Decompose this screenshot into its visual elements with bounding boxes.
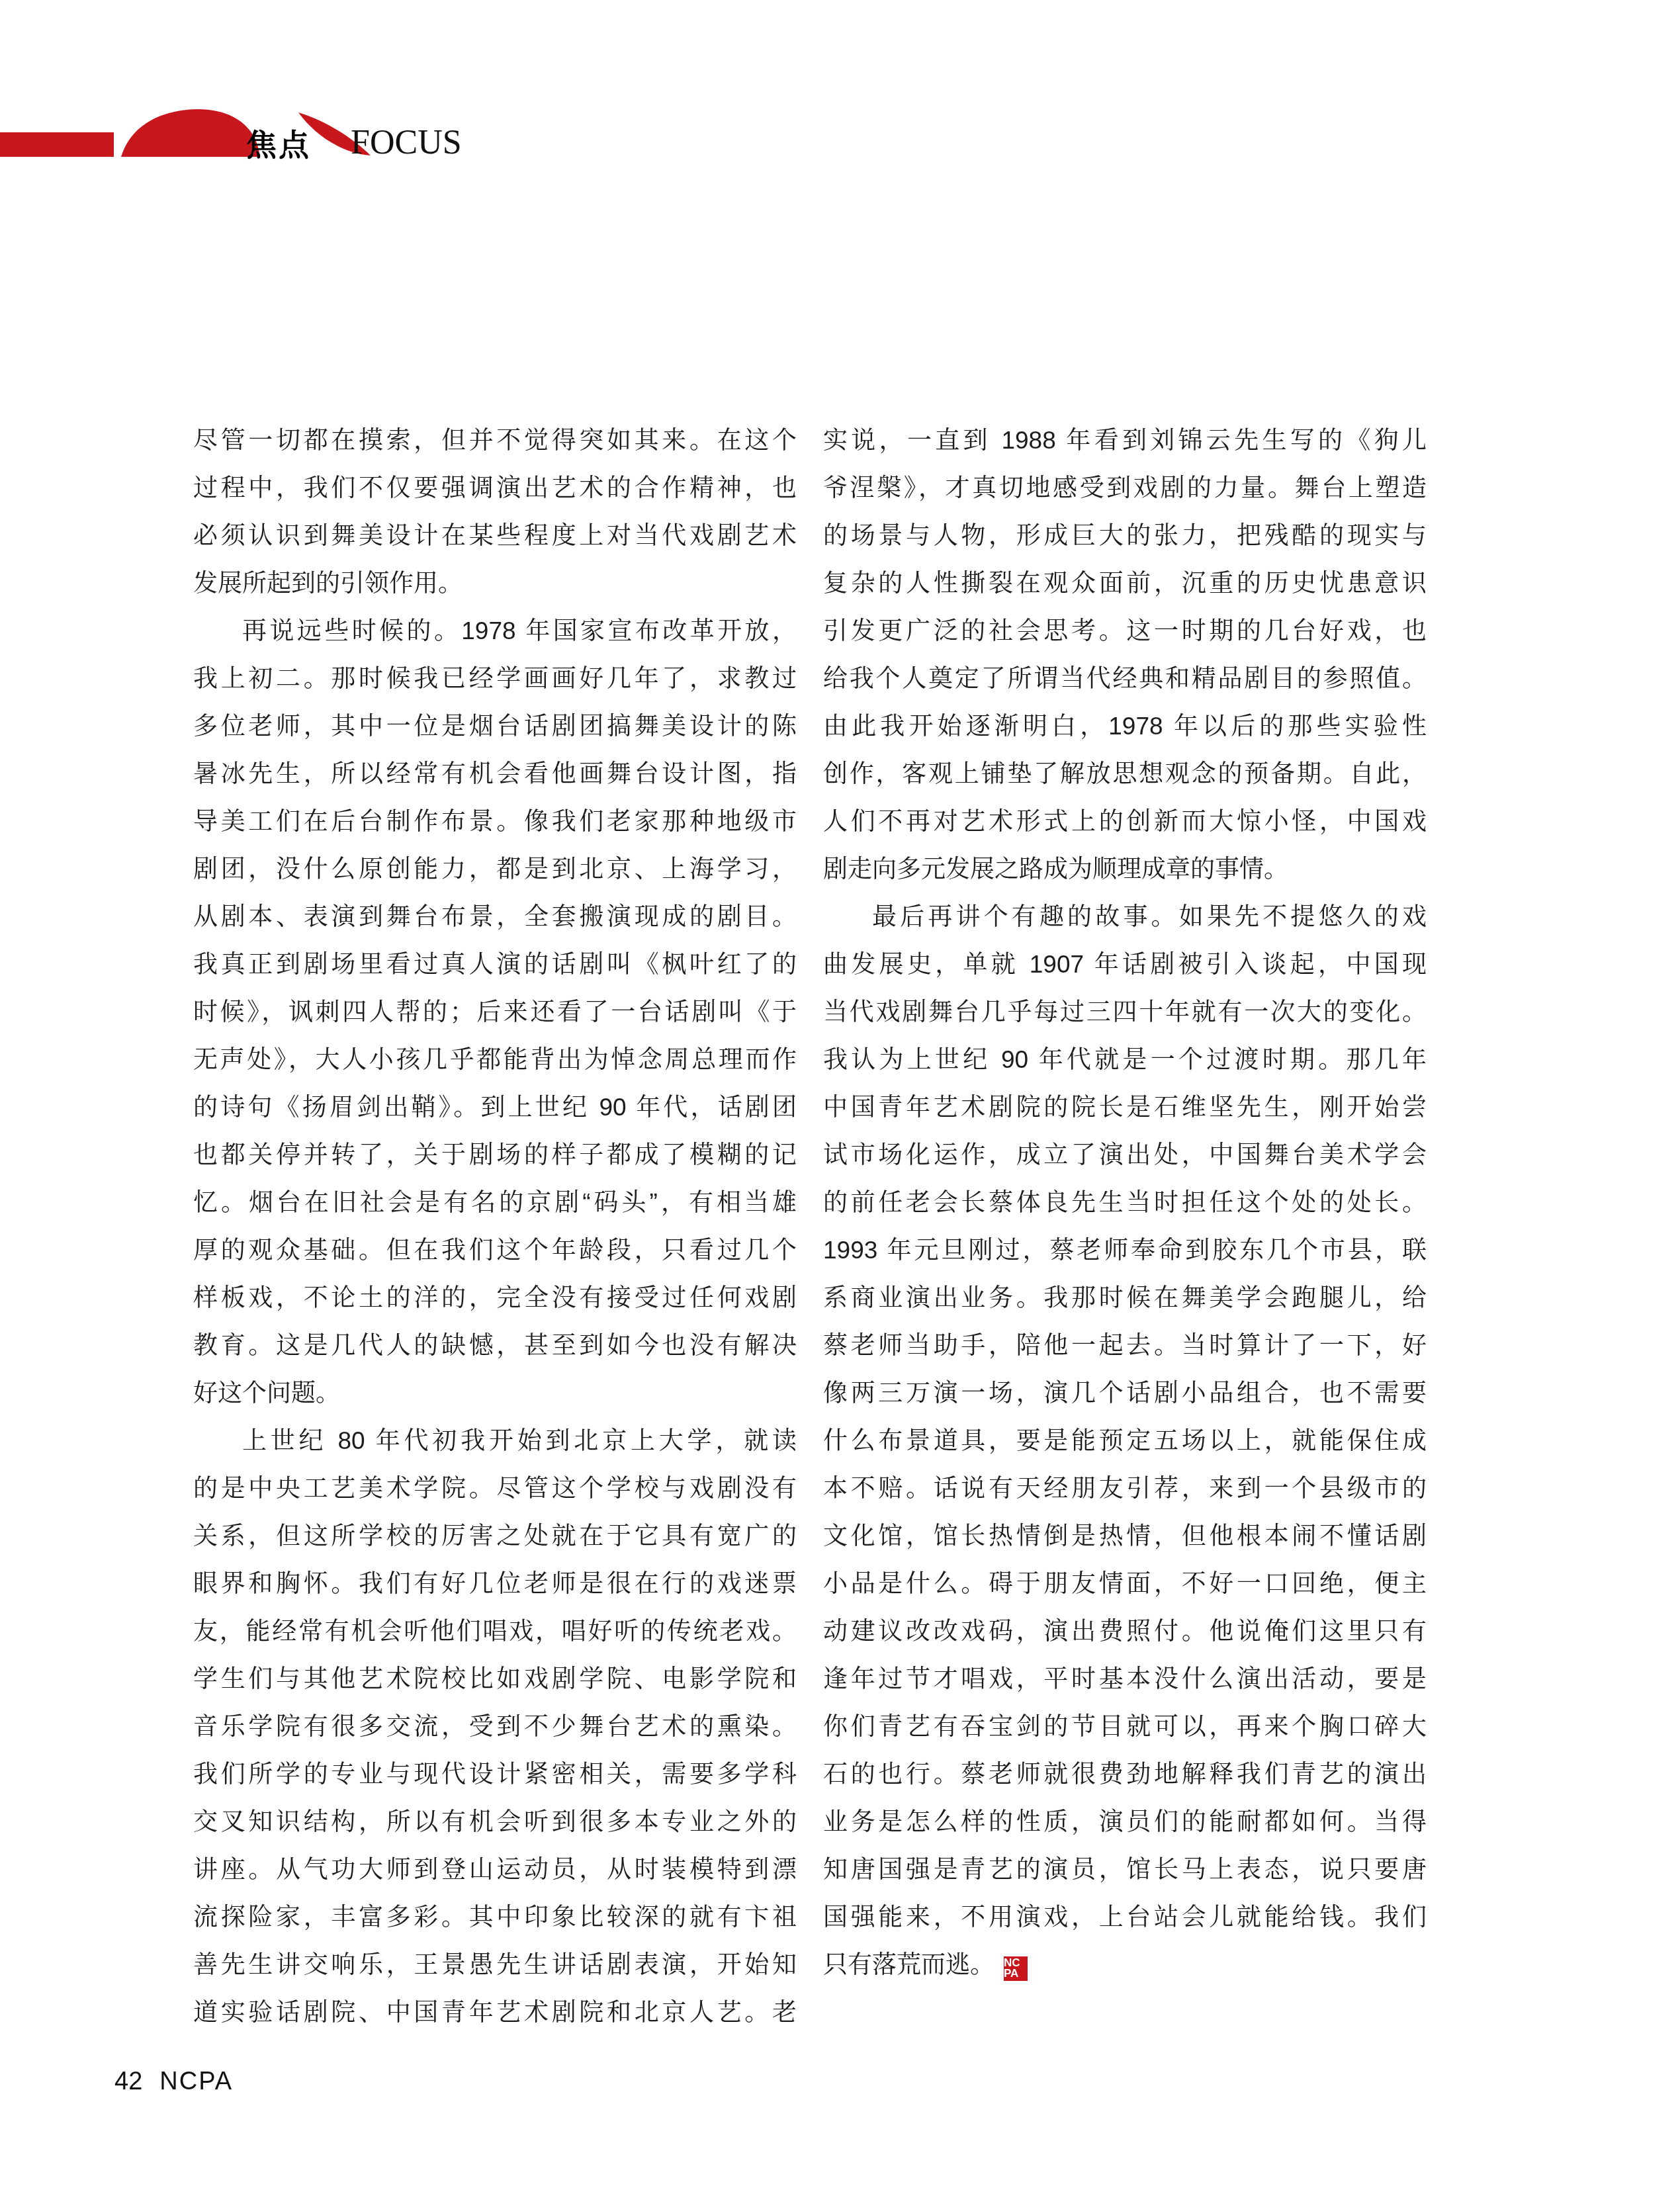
text-line: 由此我开始逐渐明白，1978 年以后的那些实验性 <box>823 703 1427 750</box>
text-line: 眼界和胸怀。我们有好几位老师是很在行的戏迷票 <box>193 1560 797 1608</box>
text-line: 无声处》，大人小孩几乎都能背出为悼念周总理而作 <box>193 1036 797 1084</box>
text-line-content: 爷涅槃》，才真切地感受到戏剧的力量。舞台上塑造 <box>823 474 1427 502</box>
text-line-content: 的前任老会长蔡体良先生当时担任这个处的处长。 <box>823 1189 1427 1216</box>
text-line: 的诗句《扬眉剑出鞘》。到上世纪 90 年代，话剧团 <box>193 1084 797 1131</box>
text-line-content: 的诗句《扬眉剑出鞘》。到上世纪 90 年代，话剧团 <box>193 1094 797 1121</box>
text-line-content: 厚的观众基础。但在我们这个年龄段，只看过几个 <box>193 1237 797 1264</box>
column-left: 尽管一切都在摸索，但并不觉得突如其来。在这个过程中，我们不仅要强调演出艺术的合作… <box>193 417 797 2036</box>
text-line-content: 导美工们在后台制作布景。像我们老家那种地级市 <box>193 808 797 835</box>
text-line-content: 什么布景道具，要是能预定五场以上，就能保住成 <box>823 1427 1427 1454</box>
text-line-content: 友，能经常有机会听他们唱戏，唱好听的传统老戏。 <box>193 1618 797 1645</box>
text-line-content: 1993 年元旦刚过，蔡老师奉命到胶东几个市县，联 <box>823 1237 1427 1264</box>
text-line-content: 蔡老师当助手，陪他一起去。当时算计了一下，好 <box>823 1332 1427 1359</box>
text-line-content: 系商业演出业务。我那时候在舞美学会跑腿儿，给 <box>823 1284 1427 1311</box>
page-number: 42 <box>114 2068 142 2095</box>
text-line-content: 我真正到剧场里看过真人演的话剧叫《枫叶红了的 <box>193 951 797 978</box>
text-line: 道实验话剧院、中国青年艺术剧院和北京人艺。老 <box>193 1989 797 2036</box>
text-line-content: 也都关停并转了，关于剧场的样子都成了模糊的记 <box>193 1141 797 1168</box>
text-line: 蔡老师当助手，陪他一起去。当时算计了一下，好 <box>823 1322 1427 1370</box>
text-line: 讲座。从气功大师到登山运动员，从时装模特到漂 <box>193 1846 797 1894</box>
text-line-content: 国强能来，不用演戏，上台站会儿就能给钱。我们 <box>823 1904 1427 1931</box>
text-line-content: 业务是怎么样的性质，演员们的能耐都如何。当得 <box>823 1808 1427 1835</box>
text-line-content: 创作，客观上铺垫了解放思想观念的预备期。自此， <box>823 760 1427 787</box>
text-line: 逢年过节才唱戏，平时基本没什么演出活动，要是 <box>823 1655 1427 1703</box>
text-line-content: 剧走向多元发展之路成为顺理成章的事情。 <box>823 855 1288 883</box>
header-red-crescent <box>121 109 260 157</box>
text-line-content: 发展所起到的引领作用。 <box>193 570 463 597</box>
text-line: 厚的观众基础。但在我们这个年龄段，只看过几个 <box>193 1227 797 1274</box>
text-line-content: 实说，一直到 1988 年看到刘锦云先生写的《狗儿 <box>823 427 1427 454</box>
text-line: 我认为上世纪 90 年代就是一个过渡时期。那几年 <box>823 1036 1427 1084</box>
ncpa-end-mark: NCPA <box>1004 1956 1028 1981</box>
text-line: 样板戏，不论土的洋的，完全没有接受过任何戏剧 <box>193 1274 797 1322</box>
text-line-content: 无声处》，大人小孩几乎都能背出为悼念周总理而作 <box>193 1046 797 1073</box>
text-line-content: 时候》，讽刺四人帮的；后来还看了一台话剧叫《于 <box>193 998 797 1026</box>
text-line: 从剧本、表演到舞台布景，全套搬演现成的剧目。 <box>193 893 797 941</box>
text-line: 剧走向多元发展之路成为顺理成章的事情。 <box>823 846 1427 893</box>
text-line: 善先生讲交响乐，王景愚先生讲话剧表演，开始知 <box>193 1941 797 1989</box>
text-line: 知唐国强是青艺的演员，馆长马上表态，说只要唐 <box>823 1846 1427 1894</box>
text-line: 国强能来，不用演戏，上台站会儿就能给钱。我们 <box>823 1894 1427 1941</box>
column-right: 实说，一直到 1988 年看到刘锦云先生写的《狗儿爷涅槃》，才真切地感受到戏剧的… <box>823 417 1427 1989</box>
text-line: 你们青艺有吞宝剑的节目就可以，再来个胸口碎大 <box>823 1703 1427 1751</box>
text-line-content: 交叉知识结构，所以有机会听到很多本专业之外的 <box>193 1808 797 1835</box>
text-line: 关系，但这所学校的厉害之处就在于它具有宽广的 <box>193 1512 797 1560</box>
text-line-content: 逢年过节才唱戏，平时基本没什么演出活动，要是 <box>823 1665 1427 1692</box>
text-line-content: 学生们与其他艺术院校比如戏剧学院、电影学院和 <box>193 1665 797 1692</box>
journal-abbreviation: NCPA <box>159 2068 233 2095</box>
text-line-content: 好这个问题。 <box>193 1379 340 1407</box>
text-line-content: 复杂的人性撕裂在观众面前，沉重的历史忧患意识 <box>823 570 1427 597</box>
text-line-content: 关系，但这所学校的厉害之处就在于它具有宽广的 <box>193 1522 797 1550</box>
text-line-content: 你们青艺有吞宝剑的节目就可以，再来个胸口碎大 <box>823 1713 1427 1740</box>
text-line: 音乐学院有很多交流，受到不少舞台艺术的熏染。 <box>193 1703 797 1751</box>
text-line-content: 从剧本、表演到舞台布景，全套搬演现成的剧目。 <box>193 903 797 930</box>
text-line-content: 动建议改改戏码，演出费照付。他说俺们这里只有 <box>823 1618 1427 1645</box>
text-line-content: 剧团，没什么原创能力，都是到北京、上海学习， <box>193 855 797 883</box>
text-line: 动建议改改戏码，演出费照付。他说俺们这里只有 <box>823 1608 1427 1655</box>
text-line: 的前任老会长蔡体良先生当时担任这个处的处长。 <box>823 1179 1427 1227</box>
text-line: 好这个问题。 <box>193 1370 797 1417</box>
text-line-content: 的场景与人物，形成巨大的张力，把残酷的现实与 <box>823 522 1427 549</box>
text-line-content: 的是中央工艺美术学院。尽管这个学校与戏剧没有 <box>193 1475 797 1502</box>
text-line-content: 当代戏剧舞台几乎每过三四十年就有一次大的变化。 <box>823 998 1427 1026</box>
text-line-content: 由此我开始逐渐明白，1978 年以后的那些实验性 <box>823 713 1427 740</box>
text-line: 忆。烟台在旧社会是有名的京剧“码头”，有相当雄 <box>193 1179 797 1227</box>
text-line: 爷涅槃》，才真切地感受到戏剧的力量。舞台上塑造 <box>823 464 1427 512</box>
text-line: 实说，一直到 1988 年看到刘锦云先生写的《狗儿 <box>823 417 1427 464</box>
text-line: 也都关停并转了，关于剧场的样子都成了模糊的记 <box>193 1131 797 1179</box>
text-line: 石的也行。蔡老师就很费劲地解释我们青艺的演出 <box>823 1751 1427 1798</box>
text-line: 我们所学的专业与现代设计紧密相关，需要多学科 <box>193 1751 797 1798</box>
text-line-content: 试市场化运作，成立了演出处，中国舞台美术学会 <box>823 1141 1427 1168</box>
text-line-content: 流探险家，丰富多彩。其中印象比较深的就有卞祖 <box>193 1904 797 1931</box>
text-line: 时候》，讽刺四人帮的；后来还看了一台话剧叫《于 <box>193 988 797 1036</box>
page-footer: 42NCPA <box>114 2067 233 2096</box>
text-line: 像两三万演一场，演几个话剧小品组合，也不需要 <box>823 1370 1427 1417</box>
text-line: 复杂的人性撕裂在观众面前，沉重的历史忧患意识 <box>823 560 1427 607</box>
text-line: 发展所起到的引领作用。 <box>193 560 797 607</box>
text-line: 必须认识到舞美设计在某些程度上对当代戏剧艺术 <box>193 512 797 560</box>
section-title-chinese: 焦点 <box>246 130 311 160</box>
text-line: 交叉知识结构，所以有机会听到很多本专业之外的 <box>193 1798 797 1846</box>
text-line-content: 必须认识到舞美设计在某些程度上对当代戏剧艺术 <box>193 522 797 549</box>
text-line-content: 石的也行。蔡老师就很费劲地解释我们青艺的演出 <box>823 1761 1427 1788</box>
text-line: 引发更广泛的社会思考。这一时期的几台好戏，也 <box>823 607 1427 655</box>
text-line-content: 文化馆，馆长热情倒是热情，但他根本闹不懂话剧 <box>823 1522 1427 1550</box>
text-line: 的场景与人物，形成巨大的张力，把残酷的现实与 <box>823 512 1427 560</box>
text-line-content: 像两三万演一场，演几个话剧小品组合，也不需要 <box>823 1379 1427 1407</box>
text-line-content: 眼界和胸怀。我们有好几位老师是很在行的戏迷票 <box>193 1570 797 1597</box>
text-line: 我真正到剧场里看过真人演的话剧叫《枫叶红了的 <box>193 941 797 988</box>
text-line-content: 上世纪 80 年代初我开始到北京上大学，就读 <box>242 1427 797 1454</box>
text-line: 我上初二。那时候我已经学画画好几年了，求教过 <box>193 655 797 703</box>
text-line-content: 本不赔。话说有天经朋友引荐，来到一个县级市的 <box>823 1475 1427 1502</box>
text-line: 曲发展史，单就 1907 年话剧被引入谈起，中国现 <box>823 941 1427 988</box>
text-line-content: 最后再讲个有趣的故事。如果先不提悠久的戏 <box>872 903 1427 930</box>
text-line: 文化馆，馆长热情倒是热情，但他根本闹不懂话剧 <box>823 1512 1427 1560</box>
text-line: 人们不再对艺术形式上的创新而大惊小怪，中国戏 <box>823 798 1427 846</box>
text-line-content: 人们不再对艺术形式上的创新而大惊小怪，中国戏 <box>823 808 1427 835</box>
text-line-content: 教育。这是几代人的缺憾，甚至到如今也没有解决 <box>193 1332 797 1359</box>
text-line-content: 忆。烟台在旧社会是有名的京剧“码头”，有相当雄 <box>193 1189 797 1216</box>
text-line-content: 样板戏，不论土的洋的，完全没有接受过任何戏剧 <box>193 1284 797 1311</box>
text-line: 只有落荒而逃。NCPA <box>823 1941 1427 1989</box>
text-line: 尽管一切都在摸索，但并不觉得突如其来。在这个 <box>193 417 797 464</box>
text-line: 创作，客观上铺垫了解放思想观念的预备期。自此， <box>823 750 1427 798</box>
text-line-content: 曲发展史，单就 1907 年话剧被引入谈起，中国现 <box>823 951 1427 978</box>
text-line-content: 我们所学的专业与现代设计紧密相关，需要多学科 <box>193 1761 797 1788</box>
header-red-bar <box>0 132 114 157</box>
text-line: 业务是怎么样的性质，演员们的能耐都如何。当得 <box>823 1798 1427 1846</box>
text-line: 中国青年艺术剧院的院长是石维坚先生，刚开始尝 <box>823 1084 1427 1131</box>
text-line-content: 音乐学院有很多交流，受到不少舞台艺术的熏染。 <box>193 1713 797 1740</box>
text-line: 暑冰先生，所以经常有机会看他画舞台设计图，指 <box>193 750 797 798</box>
text-line-content: 讲座。从气功大师到登山运动员，从时装模特到漂 <box>193 1856 797 1883</box>
text-line-content: 道实验话剧院、中国青年艺术剧院和北京人艺。老 <box>193 1999 797 2026</box>
text-line: 再说远些时候的。1978 年国家宣布改革开放， <box>193 607 797 655</box>
text-line: 过程中，我们不仅要强调演出艺术的合作精神，也 <box>193 464 797 512</box>
ncpa-end-mark-line: PA <box>1004 1968 1028 1979</box>
text-line-content: 引发更广泛的社会思考。这一时期的几台好戏，也 <box>823 617 1427 644</box>
text-line-content: 善先生讲交响乐，王景愚先生讲话剧表演，开始知 <box>193 1951 797 1978</box>
text-line: 上世纪 80 年代初我开始到北京上大学，就读 <box>193 1417 797 1465</box>
text-line: 学生们与其他艺术院校比如戏剧学院、电影学院和 <box>193 1655 797 1703</box>
text-line-content: 多位老师，其中一位是烟台话剧团搞舞美设计的陈 <box>193 713 797 740</box>
text-line: 系商业演出业务。我那时候在舞美学会跑腿儿，给 <box>823 1274 1427 1322</box>
text-line-content: 再说远些时候的。1978 年国家宣布改革开放， <box>242 617 797 644</box>
text-line-content: 过程中，我们不仅要强调演出艺术的合作精神，也 <box>193 474 797 502</box>
text-line-content: 尽管一切都在摸索，但并不觉得突如其来。在这个 <box>193 427 797 454</box>
text-line: 教育。这是几代人的缺憾，甚至到如今也没有解决 <box>193 1322 797 1370</box>
text-line-content: 暑冰先生，所以经常有机会看他画舞台设计图，指 <box>193 760 797 787</box>
text-line: 剧团，没什么原创能力，都是到北京、上海学习， <box>193 846 797 893</box>
text-line-content: 给我个人奠定了所谓当代经典和精品剧目的参照值。 <box>823 665 1427 692</box>
magazine-page: 焦点 FOCUS 尽管一切都在摸索，但并不觉得突如其来。在这个过程中，我们不仅要… <box>0 0 1680 2188</box>
text-line: 流探险家，丰富多彩。其中印象比较深的就有卞祖 <box>193 1894 797 1941</box>
text-line: 1993 年元旦刚过，蔡老师奉命到胶东几个市县，联 <box>823 1227 1427 1274</box>
text-line: 试市场化运作，成立了演出处，中国舞台美术学会 <box>823 1131 1427 1179</box>
text-line: 当代戏剧舞台几乎每过三四十年就有一次大的变化。 <box>823 988 1427 1036</box>
text-line-content: 小品是什么。碍于朋友情面，不好一口回绝，便主 <box>823 1570 1427 1597</box>
text-line: 导美工们在后台制作布景。像我们老家那种地级市 <box>193 798 797 846</box>
text-line-content: 我上初二。那时候我已经学画画好几年了，求教过 <box>193 665 797 692</box>
text-line: 多位老师，其中一位是烟台话剧团搞舞美设计的陈 <box>193 703 797 750</box>
text-line: 最后再讲个有趣的故事。如果先不提悠久的戏 <box>823 893 1427 941</box>
text-line-content: 中国青年艺术剧院的院长是石维坚先生，刚开始尝 <box>823 1094 1427 1121</box>
text-line: 小品是什么。碍于朋友情面，不好一口回绝，便主 <box>823 1560 1427 1608</box>
text-line-content: 知唐国强是青艺的演员，馆长马上表态，说只要唐 <box>823 1856 1427 1883</box>
text-line: 友，能经常有机会听他们唱戏，唱好听的传统老戏。 <box>193 1608 797 1655</box>
text-line: 的是中央工艺美术学院。尽管这个学校与戏剧没有 <box>193 1465 797 1512</box>
text-line: 给我个人奠定了所谓当代经典和精品剧目的参照值。 <box>823 655 1427 703</box>
text-line-content: 我认为上世纪 90 年代就是一个过渡时期。那几年 <box>823 1046 1427 1073</box>
text-line: 什么布景道具，要是能预定五场以上，就能保住成 <box>823 1417 1427 1465</box>
section-title-english: FOCUS <box>351 126 462 159</box>
text-line-content: 只有落荒而逃。 <box>823 1951 995 1978</box>
text-line: 本不赔。话说有天经朋友引荐，来到一个县级市的 <box>823 1465 1427 1512</box>
